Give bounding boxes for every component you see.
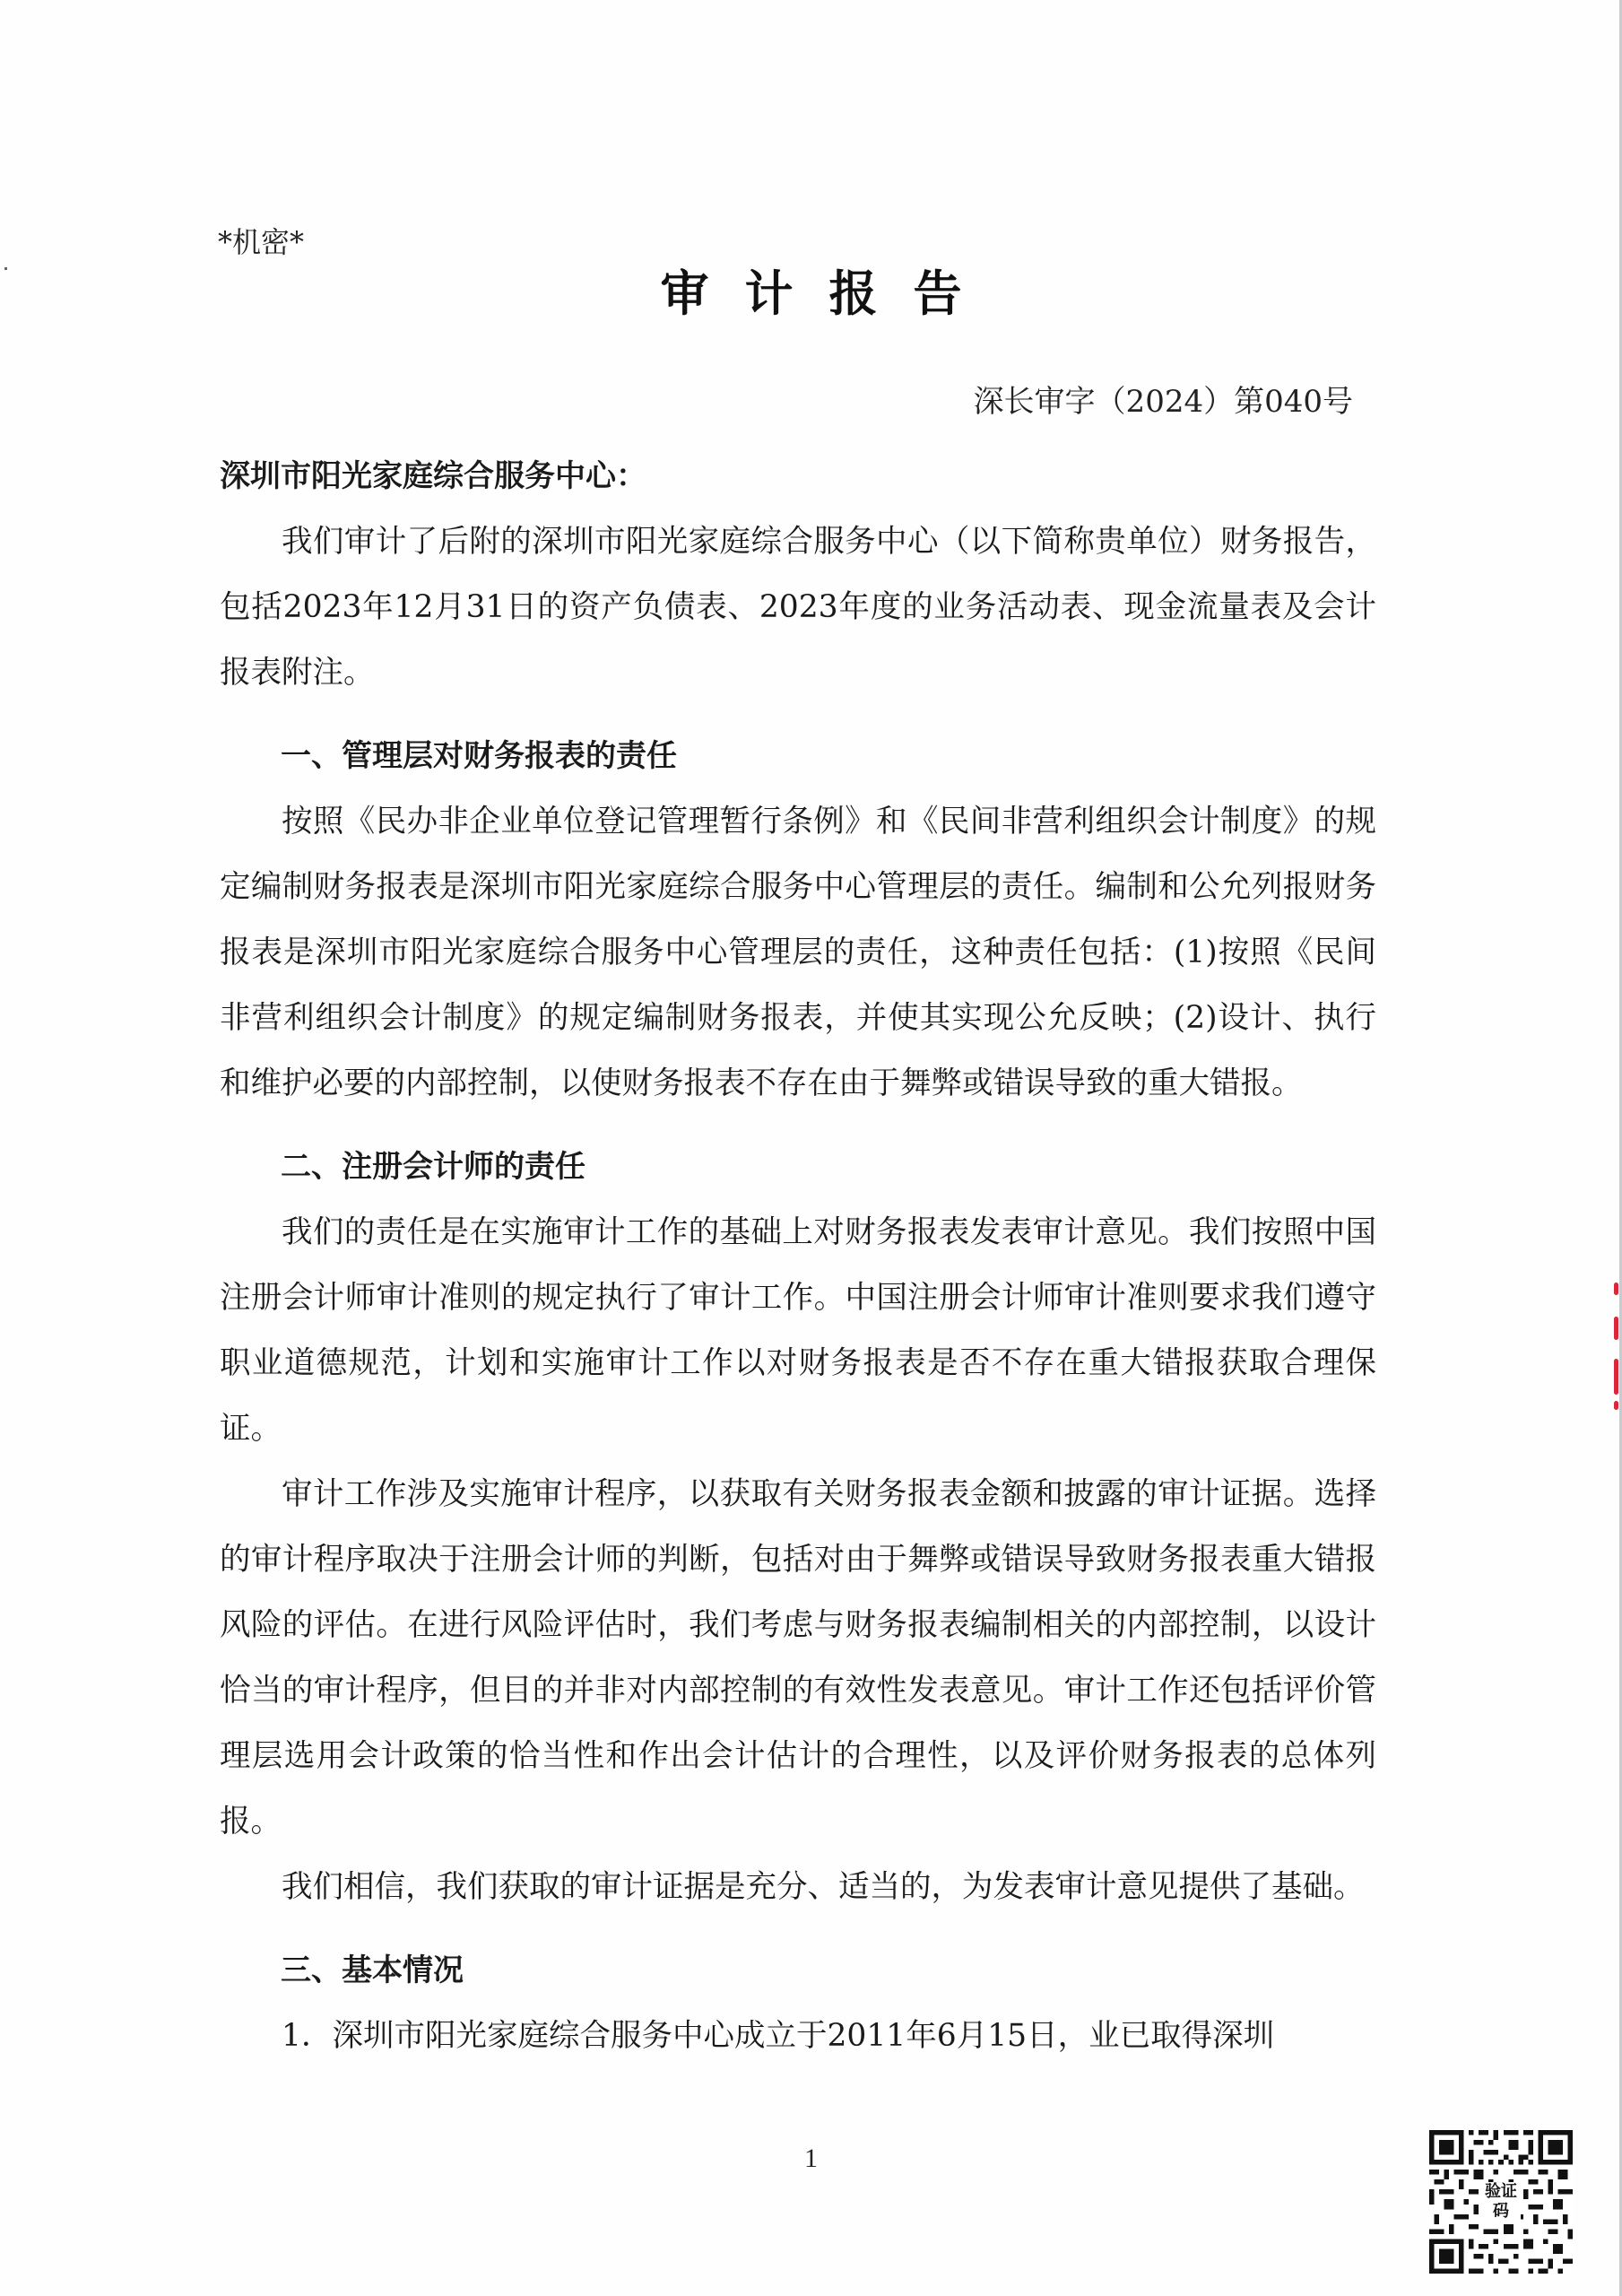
document-page: *机密* 审计报告 深长审字（2024）第040号 深圳市阳光家庭综合服务中心：…	[0, 0, 1622, 2296]
qr-verification-label: 验证码	[1481, 2182, 1521, 2222]
qr-code-icon[interactable]: 验证码	[1429, 2130, 1573, 2274]
addressee: 深圳市阳光家庭综合服务中心：	[220, 444, 1376, 509]
page-number: 1	[0, 2144, 1622, 2174]
section-paragraph: 审计工作涉及实施审计程序，以获取有关财务报表金额和披露的审计证据。选择的审计程序…	[220, 1462, 1376, 1855]
section-heading: 一、管理层对财务报表的责任	[220, 724, 1376, 789]
section-paragraph: 1．深圳市阳光家庭综合服务中心成立于2011年6月15日，业已取得深圳	[220, 2004, 1376, 2069]
section-heading: 三、基本情况	[220, 1938, 1376, 2004]
section-paragraph: 我们的责任是在实施审计工作的基础上对财务报表发表审计意见。我们按照中国注册会计师…	[220, 1200, 1376, 1462]
section-auditor-responsibility: 二、注册会计师的责任 我们的责任是在实施审计工作的基础上对财务报表发表审计意见。…	[220, 1135, 1376, 1920]
section-basic-info: 三、基本情况 1．深圳市阳光家庭综合服务中心成立于2011年6月15日，业已取得…	[220, 1938, 1376, 2069]
section-paragraph: 按照《民办非企业单位登记管理暂行条例》和《民间非营利组织会计制度》的规定编制财务…	[220, 789, 1376, 1117]
page-title: 审计报告	[0, 256, 1622, 325]
red-seal-fragment	[1611, 1283, 1618, 1417]
report-body: 深圳市阳光家庭综合服务中心： 我们审计了后附的深圳市阳光家庭综合服务中心（以下简…	[220, 444, 1376, 2069]
section-management-responsibility: 一、管理层对财务报表的责任 按照《民办非企业单位登记管理暂行条例》和《民间非营利…	[220, 724, 1376, 1117]
intro-paragraph: 我们审计了后附的深圳市阳光家庭综合服务中心（以下简称贵单位）财务报告，包括202…	[220, 509, 1376, 706]
reference-number: 深长审字（2024）第040号	[974, 377, 1353, 421]
section-heading: 二、注册会计师的责任	[220, 1135, 1376, 1200]
section-paragraph: 我们相信，我们获取的审计证据是充分、适当的，为发表审计意见提供了基础。	[220, 1855, 1376, 1920]
